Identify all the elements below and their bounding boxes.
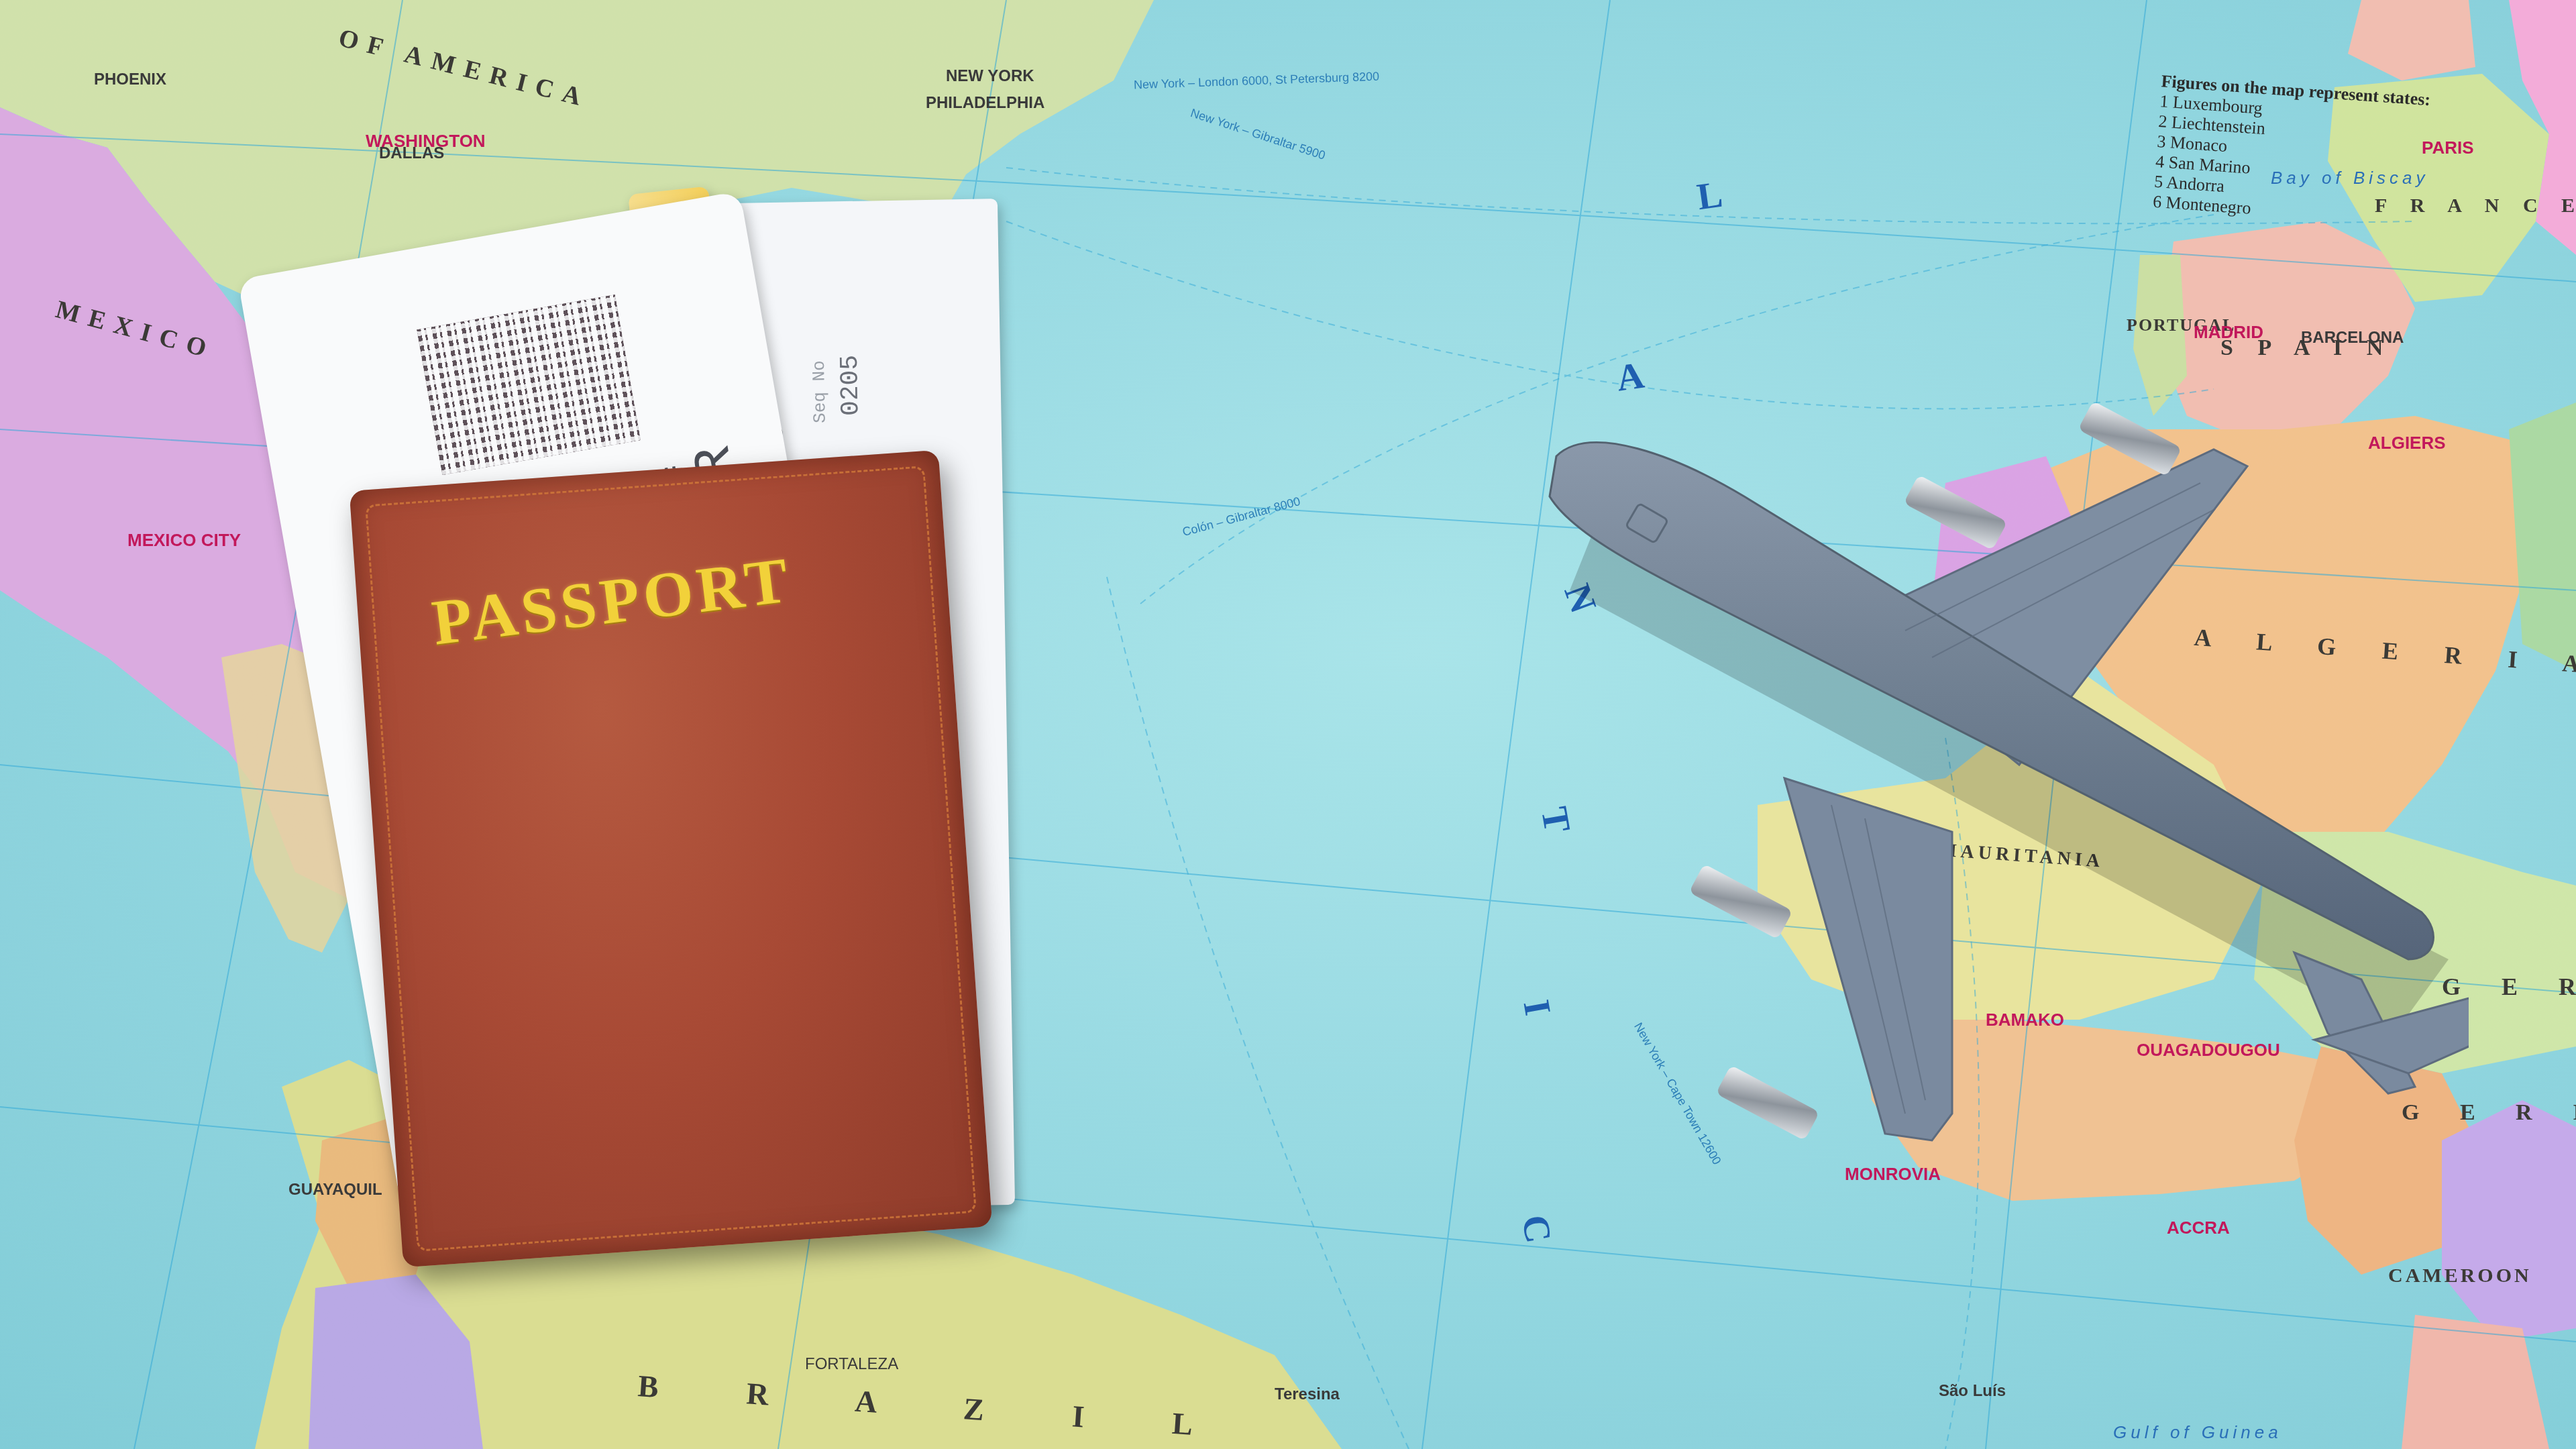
- city-label: DALLAS: [379, 144, 444, 163]
- toy-airplane: [1529, 402, 2469, 1174]
- city-label: PHOENIX: [94, 70, 166, 89]
- capital-label: PARIS: [2422, 138, 2474, 158]
- capital-label: ACCRA: [2167, 1218, 2230, 1238]
- map-legend: Figures on the map represent states: 1 L…: [2152, 71, 2431, 231]
- city-label: GUAYAQUIL: [288, 1181, 382, 1199]
- capital-label: MADRID: [2194, 322, 2263, 343]
- capital-label: MEXICO CITY: [127, 530, 241, 551]
- ticket-seq-value: 0205: [836, 354, 866, 416]
- pdf417-barcode: [417, 294, 641, 475]
- city-label: NEW YORK: [946, 67, 1034, 86]
- city-label: FORTALEZA: [805, 1355, 898, 1374]
- city-label: Teresina: [1275, 1385, 1340, 1404]
- photo-scene: OF AMERICA MEXICO B R A Z I L S P A I N …: [0, 0, 2576, 1449]
- passport: PASSPORT: [350, 450, 993, 1268]
- ticket-seq-label: Seq No: [809, 360, 830, 423]
- ocean-letter: A: [1614, 354, 1647, 400]
- city-label: BARCELONA: [2301, 329, 2404, 347]
- map-label-cameroon: CAMEROON: [2388, 1265, 2532, 1287]
- sea-label: Gulf of Guinea: [2113, 1422, 2282, 1443]
- city-label: PHILADELPHIA: [926, 94, 1044, 113]
- city-label: São Luís: [1939, 1382, 2006, 1401]
